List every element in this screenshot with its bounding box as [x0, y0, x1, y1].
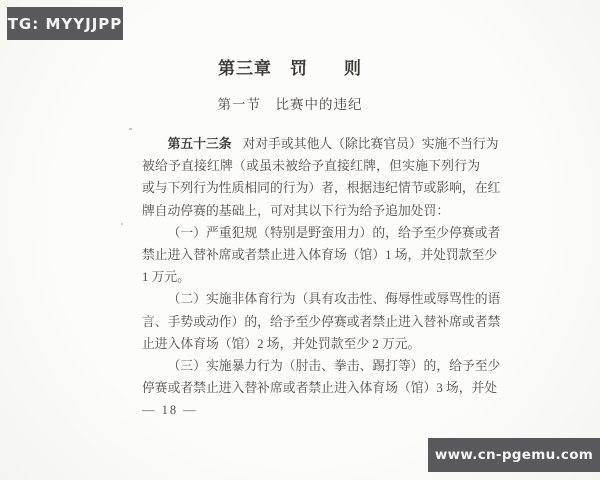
scan-speck — [129, 128, 132, 130]
text-line: 第五十三条对对手或其他人（除比赛官员）实施不当行为 — [142, 133, 480, 155]
text-line: 禁止进入替补席或者禁止进入体育场（馆）1 场，并处罚款至少 — [142, 244, 480, 266]
article-number: 第五十三条 — [168, 137, 232, 151]
text-line: 停赛或者禁止进入替补席或者禁止进入体育场（馆）3 场，并处 — [142, 377, 480, 399]
text-line: 止进入体育场（馆）2 场，并处罚款至少 2 万元。 — [142, 333, 480, 355]
telegram-watermark-text: TG: MYYJJPP — [8, 15, 123, 33]
telegram-watermark-badge: TG: MYYJJPP — [7, 7, 123, 40]
site-watermark-text: www.cn-pgemu.com — [435, 447, 593, 463]
text-line: 被给予直接红牌（或虽未被给予直接红牌，但实施下列行为 — [142, 155, 480, 177]
text-line: 1 万元。 — [142, 266, 480, 288]
page-number: — 18 — — [142, 403, 198, 418]
chapter-title: 第三章 罚 则 — [100, 54, 480, 79]
text-line: 牌自动停赛的基础上，可对其以下行为给予追加处罚： — [142, 200, 480, 222]
section-title: 第一节 比赛中的违纪 — [100, 93, 480, 113]
scan-speck — [121, 223, 123, 225]
text-line: 或与下列行为性质相同的行为）者，根据违纪情节或影响，在红 — [142, 177, 480, 199]
text-line-content: 对对手或其他人（除比赛官员）实施不当行为 — [243, 137, 499, 151]
text-line: （一）严重犯规（特别是野蛮用力）的，给予至少停赛或者 — [142, 222, 480, 244]
text-line: 言、手势或动作）的，给予至少停赛或者禁止进入替补席或者禁 — [142, 311, 480, 333]
document-body: 第五十三条对对手或其他人（除比赛官员）实施不当行为 被给予直接红牌（或虽未被给予… — [142, 133, 480, 399]
site-watermark-badge: www.cn-pgemu.com — [428, 438, 600, 472]
text-line: （三）实施暴力行为（肘击、拳击、踢打等）的，给予至少 — [142, 355, 480, 377]
text-line: （二）实施非体育行为（具有攻击性、侮辱性或辱骂性的语 — [142, 288, 480, 310]
screenshot-root: TG: MYYJJPP 第三章 罚 则 第一节 比赛中的违纪 第五十三条对对手或… — [0, 0, 600, 480]
